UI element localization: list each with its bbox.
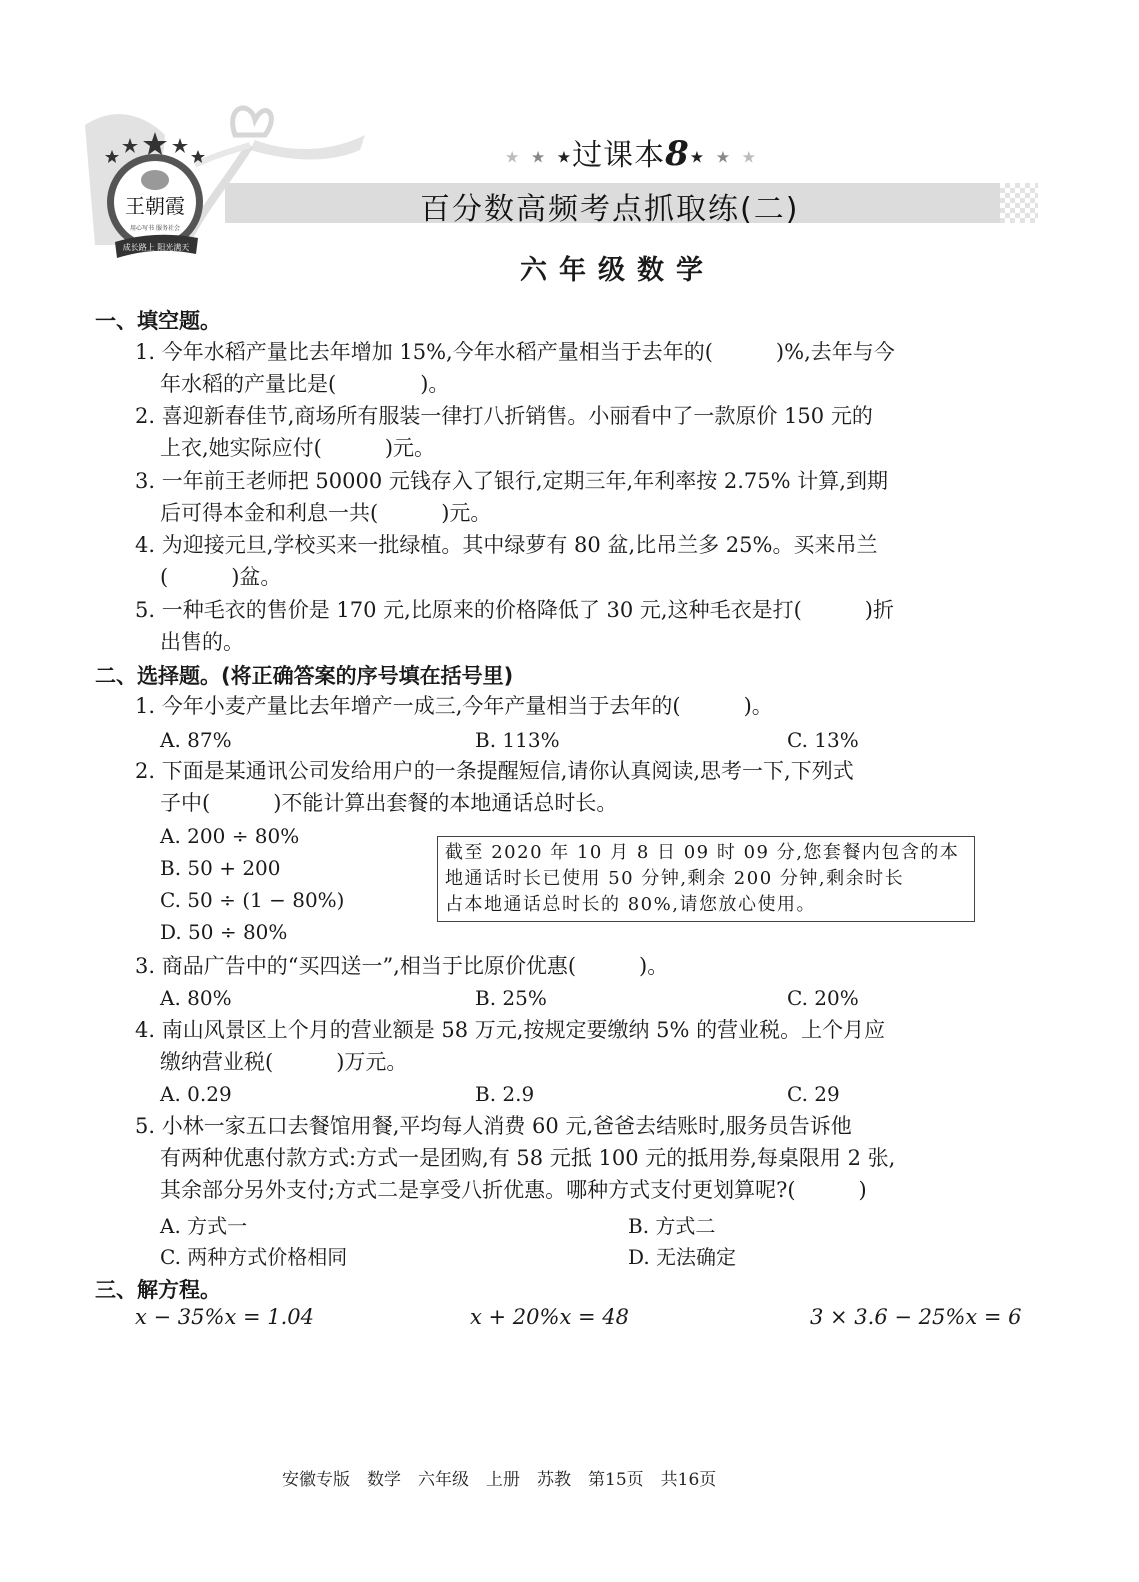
section-heading-multiple-choice: 二、选择题。(将正确答案的序号填在括号里) bbox=[95, 660, 513, 690]
series-label: ★ ★ ★过课本8★ ★ ★ bbox=[505, 130, 757, 174]
page-footer: 安徽专版 数学 六年级 上册 苏教 第15页 共16页 bbox=[282, 1465, 716, 1490]
option-b: B. 2.9 bbox=[475, 1082, 534, 1106]
question-line: 1. 今年水稻产量比去年增加 15%,今年水稻产量相当于去年的( )%,去年与今 bbox=[135, 336, 895, 368]
question-line: 上衣,她实际应付( )元。 bbox=[160, 432, 435, 464]
sms-line: 截至 2020 年 10 月 8 日 09 时 09 分,您套餐内包含的本 bbox=[445, 840, 974, 866]
option-d: D. 无法确定 bbox=[628, 1241, 736, 1270]
question-line: 3. 商品广告中的“买四送一”,相当于比原价优惠( )。 bbox=[135, 950, 668, 982]
option-a: A. 80% bbox=[160, 986, 232, 1010]
sms-line: 地通话时长已使用 50 分钟,剩余 200 分钟,剩余时长 bbox=[445, 866, 974, 892]
logo-name: 王朝霞 bbox=[125, 194, 185, 218]
svg-text:用心写书 服务社会: 用心写书 服务社会 bbox=[130, 224, 180, 232]
question-line: 缴纳营业税( )万元。 bbox=[160, 1046, 407, 1078]
option-c: C. 两种方式价格相同 bbox=[160, 1241, 347, 1270]
star-icon: ★ bbox=[557, 148, 572, 167]
question-line: 有两种优惠付款方式:方式一是团购,有 58 元抵 100 元的抵用券,每桌限用 … bbox=[160, 1142, 895, 1174]
sms-message-box: 截至 2020 年 10 月 8 日 09 时 09 分,您套餐内包含的本 地通… bbox=[437, 836, 975, 922]
brand-logo: 王朝霞 用心写书 服务社会 成长路上 阳光满天 bbox=[100, 130, 210, 260]
option-b: B. 25% bbox=[475, 986, 547, 1010]
page-title: 百分数高频考点抓取练(二) bbox=[420, 184, 799, 228]
question-line: 2. 喜迎新春佳节,商场所有服装一律打八折销售。小丽看中了一款原价 150 元的 bbox=[135, 400, 873, 432]
question-line: 4. 为迎接元旦,学校买来一批绿植。其中绿萝有 80 盆,比吊兰多 25%。买来… bbox=[135, 529, 877, 561]
question-line: 出售的。 bbox=[160, 626, 244, 658]
option-c: C. 13% bbox=[787, 728, 859, 752]
option-a: A. 200 ÷ 80% bbox=[160, 824, 299, 848]
option-b: B. 50 + 200 bbox=[160, 856, 281, 880]
option-a: A. 方式一 bbox=[160, 1210, 247, 1239]
section-heading-fill-blank: 一、填空题。 bbox=[95, 305, 221, 335]
section-heading-equations: 三、解方程。 bbox=[95, 1274, 221, 1304]
equation: x − 35%x = 1.04 bbox=[135, 1305, 314, 1329]
question-line: 5. 一种毛衣的售价是 170 元,比原来的价格降低了 30 元,这种毛衣是打(… bbox=[135, 594, 894, 626]
star-icon: ★ bbox=[690, 148, 705, 167]
question-line: 子中( )不能计算出套餐的本地通话总时长。 bbox=[160, 787, 617, 819]
star-icon: ★ bbox=[716, 148, 731, 167]
question-line: 4. 南山风景区上个月的营业额是 58 万元,按规定要缴纳 5% 的营业税。上个… bbox=[135, 1014, 885, 1046]
series-number: 8 bbox=[665, 134, 690, 174]
equation: x + 20%x = 48 bbox=[470, 1305, 629, 1329]
question-line: 3. 一年前王老师把 50000 元钱存入了银行,定期三年,年利率按 2.75%… bbox=[135, 465, 888, 497]
sms-line: 占本地通话总时长的 80%,请您放心使用。 bbox=[445, 892, 974, 918]
option-c: C. 50 ÷ (1 − 80%) bbox=[160, 888, 344, 912]
star-icon: ★ bbox=[742, 148, 757, 167]
star-icon: ★ bbox=[531, 148, 546, 167]
question-line: 5. 小林一家五口去餐馆用餐,平均每人消费 60 元,爸爸去结账时,服务员告诉他 bbox=[135, 1110, 852, 1142]
question-line: 其余部分另外支付;方式二是享受八折优惠。哪种方式支付更划算呢?( ) bbox=[160, 1174, 867, 1206]
question-line: 年水稻的产量比是( )。 bbox=[160, 368, 449, 400]
option-b: B. 113% bbox=[475, 728, 560, 752]
option-c: C. 29 bbox=[787, 1082, 840, 1106]
svg-text:成长路上 阳光满天: 成长路上 阳光满天 bbox=[123, 242, 190, 252]
star-icon: ★ bbox=[505, 148, 520, 167]
question-line: 后可得本金和利息一共( )元。 bbox=[160, 497, 491, 529]
question-line: 1. 今年小麦产量比去年增产一成三,今年产量相当于去年的( )。 bbox=[135, 690, 773, 722]
question-line: 2. 下面是某通讯公司发给用户的一条提醒短信,请你认真阅读,思考一下,下列式 bbox=[135, 755, 854, 787]
checker-decoration bbox=[1000, 183, 1038, 223]
page-subtitle: 六年级数学 bbox=[520, 248, 715, 287]
option-d: D. 50 ÷ 80% bbox=[160, 920, 287, 944]
option-b: B. 方式二 bbox=[628, 1210, 715, 1239]
option-c: C. 20% bbox=[787, 986, 859, 1010]
option-a: A. 0.29 bbox=[160, 1082, 232, 1106]
question-line: ( )盆。 bbox=[160, 561, 281, 593]
option-a: A. 87% bbox=[160, 728, 232, 752]
equation: 3 × 3.6 − 25%x = 6 bbox=[810, 1305, 1021, 1329]
